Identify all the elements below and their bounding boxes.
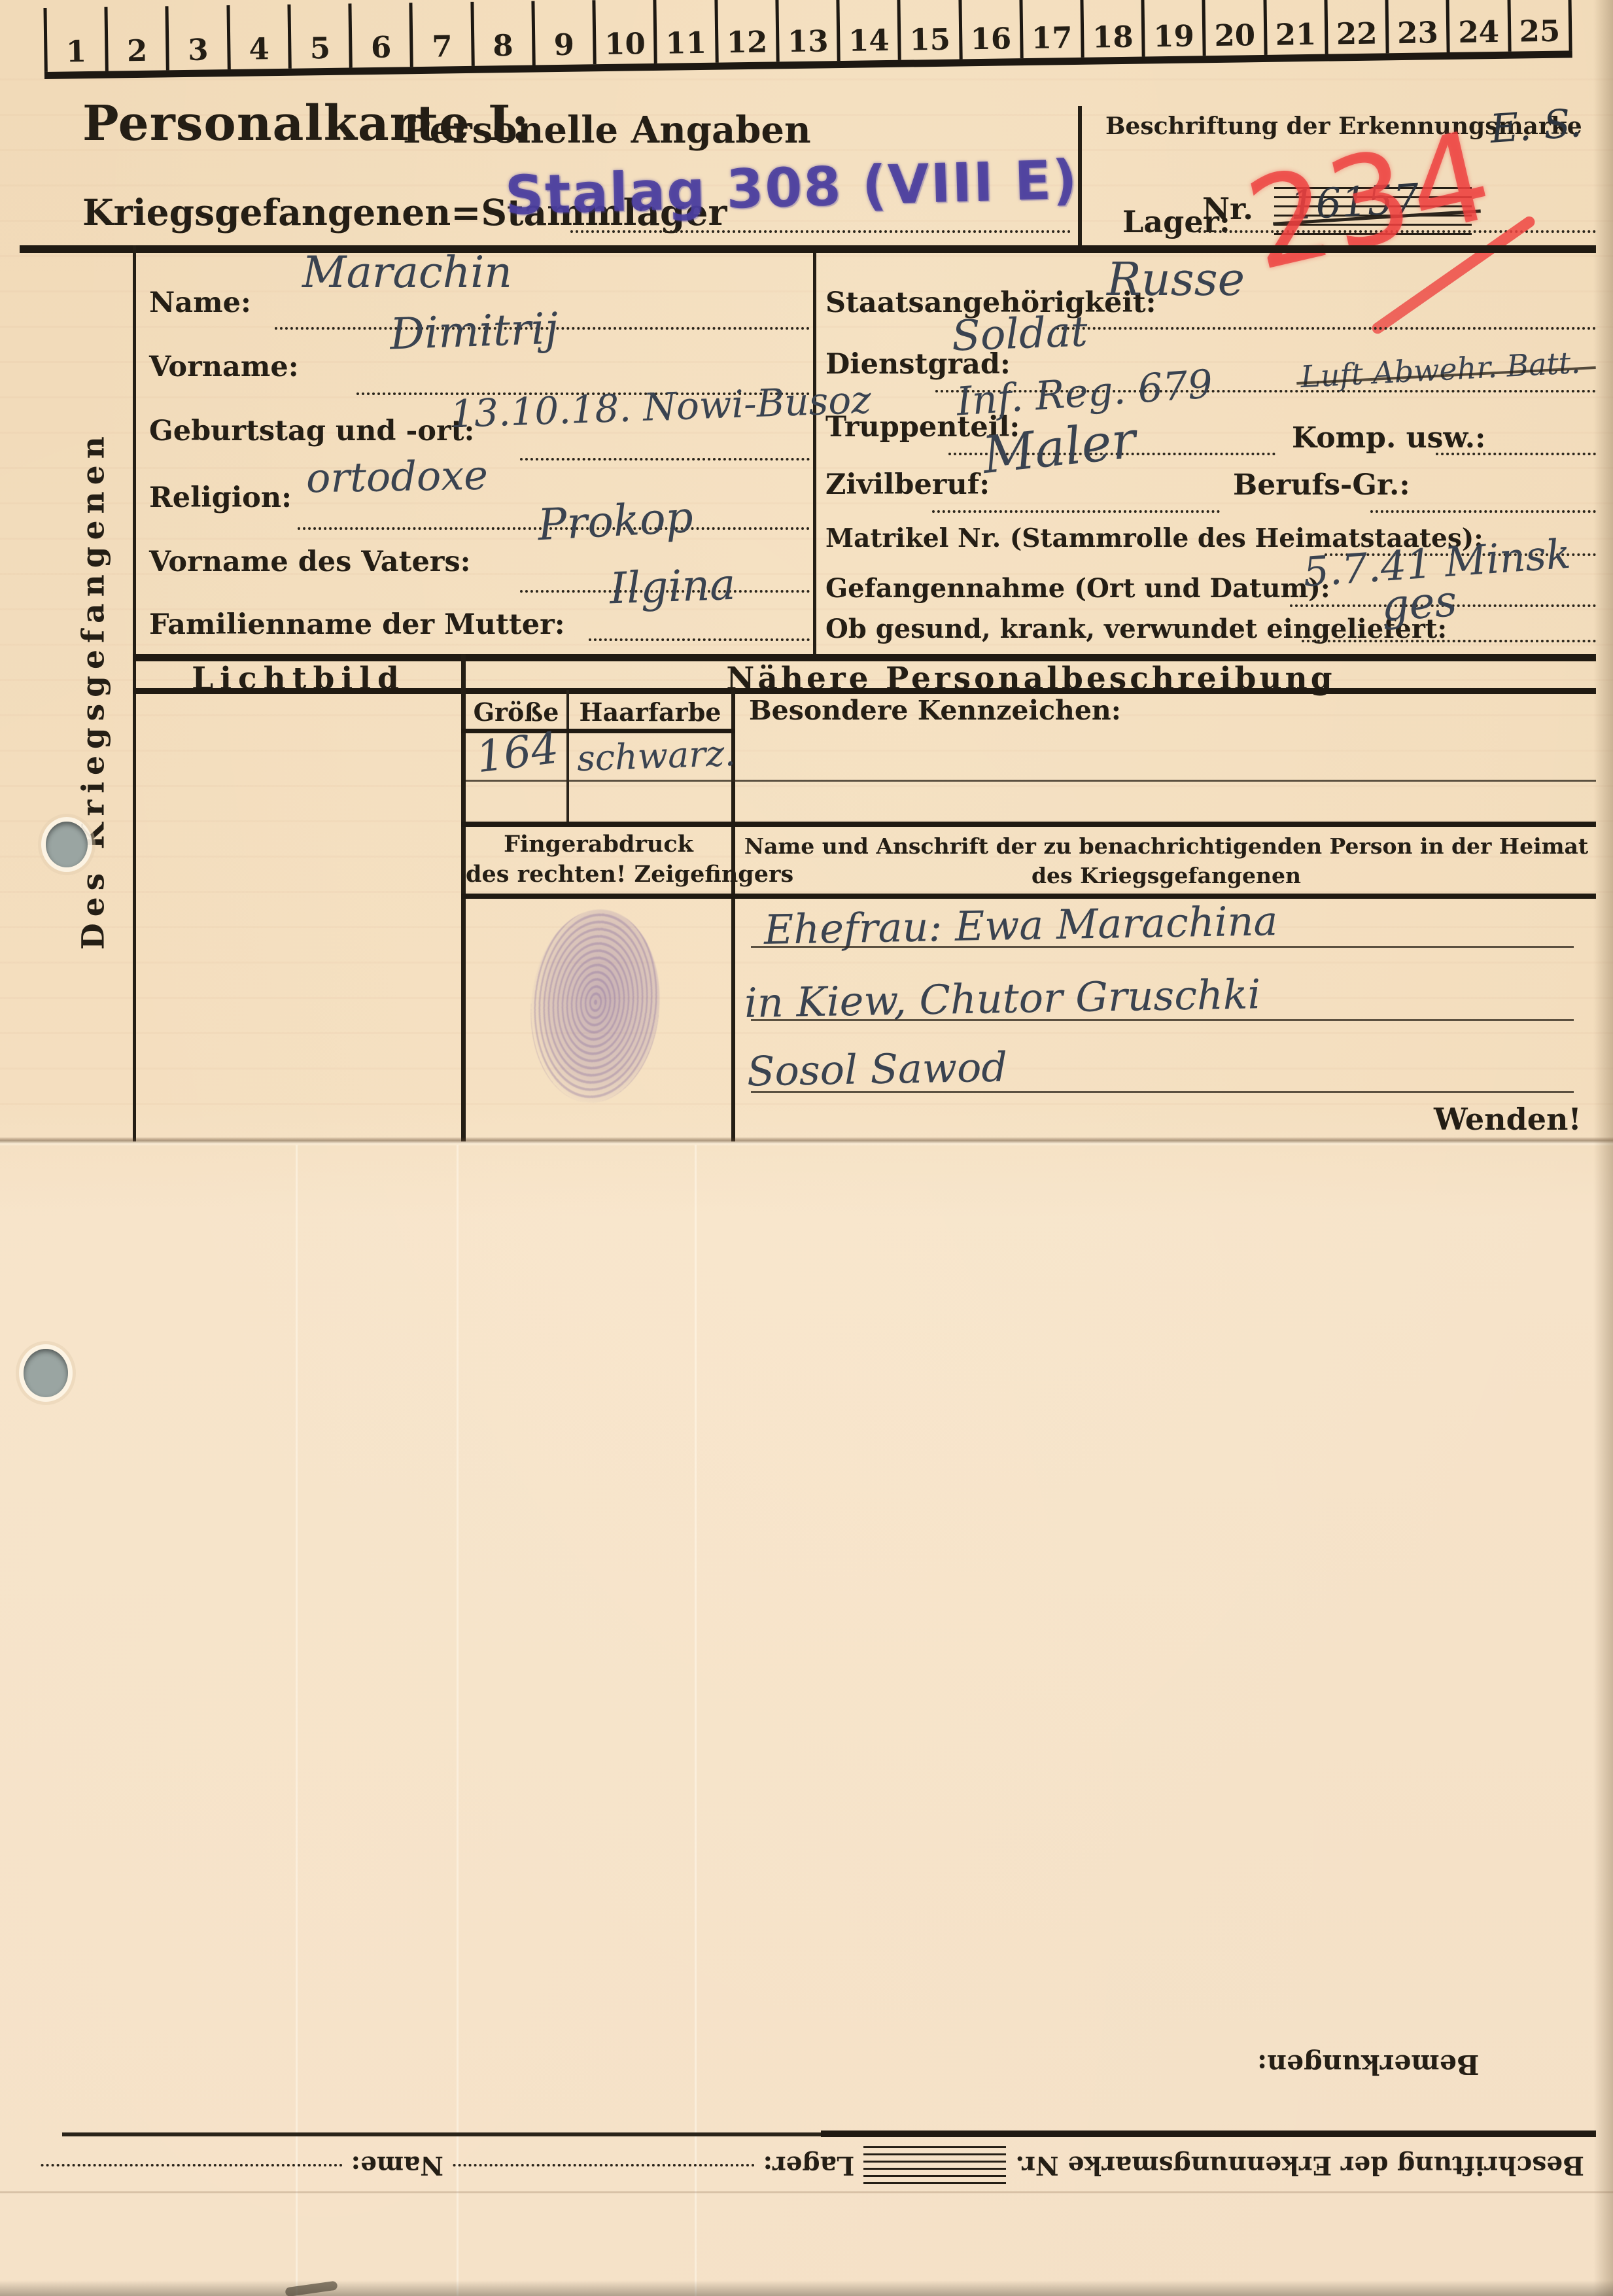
ruler-cell: 2 [105,6,167,71]
paper-crease [457,1145,459,2296]
paper-crease [0,2191,1613,2193]
scan-edge-shadow [1593,0,1613,2296]
fold-crease [0,1137,1613,1146]
dotted-line [589,638,810,641]
camp-dotted-line [570,230,1071,233]
ruler-cell: 9 [531,0,593,65]
field-value-religion: ortodoxe [305,451,488,502]
remarks-label-upside-down: Bemerkungen: [1257,2049,1480,2080]
footer-row-upside-down: Beschriftung der Erkennungsmarke Nr. Lag… [41,2140,1584,2190]
hair-value: schwarz. [576,733,737,779]
contact-header-line1: Name und Anschrift der zu benachrichtige… [744,833,1588,859]
writing-line [466,780,1596,782]
heavy-rule [133,688,1596,694]
tag-caption-handwriting: E. S. [1489,100,1584,152]
field-label-zivilberuf: Zivilberuf: [825,468,990,501]
footer-lager-label: Lager: [763,2150,855,2180]
ruler-cell: 16 [958,0,1020,59]
field-label-mutter: Familienname der Mutter: [149,608,565,641]
ruler-cell: 21 [1263,0,1325,55]
contact-handwriting-line3: Sosol Sawod [746,1043,1007,1096]
writing-line [751,1019,1574,1021]
heavy-rule [461,894,1596,899]
ruler: 1234567891011121314151617181920212223242… [43,0,1572,79]
dotted-line [1370,510,1596,513]
footer-caption: Beschriftung der Erkennungsmarke [1068,2150,1584,2180]
ruler-cell: 11 [653,0,716,63]
tag-box-border [1078,106,1082,247]
ruler-cell: 5 [287,4,349,69]
dotted-line [1302,640,1596,642]
dotted-line [1436,453,1596,455]
field-value-staatsangehoerigkeit: Russe [1107,252,1245,306]
punch-hole [24,1349,68,1397]
field-label-berufsgr: Berufs-Gr.: [1233,468,1410,502]
ruler-cell: 17 [1019,0,1081,58]
field-value-dienstgrad: Soldat [951,307,1088,360]
footer-name-label: Name: [351,2150,443,2180]
field-value-mutter: Ilgina [609,559,737,614]
field-value-name: Marachin [302,247,512,298]
ruler-cell: 20 [1202,0,1264,56]
footer-heavy-rule [821,2131,1596,2137]
field-label-vater: Vorname des Vaters: [149,546,471,578]
footer-ruled-lines [863,2146,1006,2184]
dotted-line [41,2164,342,2166]
card-subtitle: Personelle Angaben [403,109,811,152]
field-label-geburtstag: Geburtstag und -ort: [149,415,474,447]
ruler-cell: 3 [165,5,228,70]
field-label-name: Name: [149,287,251,319]
field-value-zustand: ges [1379,576,1458,631]
field-label-gefangennahme: Gefangennahme (Ort und Datum): [825,573,1330,604]
tag-lager-label: Lager: [1122,204,1230,239]
ruler-cell: 14 [836,0,898,61]
contact-handwriting-line2: in Kiew, Chutor Gruschki [744,970,1260,1027]
ruler-cell: 12 [714,0,776,63]
field-label-komp: Komp. usw.: [1292,421,1485,455]
ruler-cell: 15 [897,0,960,60]
hair-column-header: Haarfarbe [569,697,731,727]
ruler-cell: 23 [1385,0,1447,53]
dotted-line [932,510,1220,513]
ruler-cell: 25 [1507,0,1572,52]
column-divider [813,253,816,654]
dotted-line [453,2164,754,2166]
scan-edge-shadow [0,2280,1613,2296]
ruler-cell: 18 [1080,0,1142,58]
footer-nr-label: Nr. [1015,2150,1058,2180]
ruler-cell: 22 [1324,0,1386,54]
punch-hole [46,822,88,867]
fingerprint-box-header: Fingerabdruck des rechten! Zeigefingers [466,829,731,890]
contact-box-header: Name und Anschrift der zu benachrichtige… [739,832,1593,890]
contact-header-line2: des Kriegsgefangenen [1032,863,1301,888]
dotted-line [1056,327,1596,330]
ruler-cell: 10 [593,0,655,64]
fingerprint-label-line1: Fingerabdruck [504,831,693,858]
ruler-cell: 19 [1141,0,1204,57]
paper-crease [695,1145,697,2296]
ruler-cell: 4 [226,5,288,69]
field-label-vorname: Vorname: [149,351,299,383]
dotted-line [520,458,810,461]
writing-line [751,1091,1574,1093]
ruler-cell: 1 [43,7,105,72]
ruler-cell: 8 [470,1,532,66]
ruler-cell: 24 [1446,0,1508,52]
ruler-cell: 6 [349,3,411,67]
writing-line [751,946,1574,948]
heavy-rule [461,822,1596,827]
field-value-vater: Prokop [536,492,694,550]
height-value: 164 [474,723,561,783]
turn-over-note: Wenden! [1434,1102,1582,1137]
paper-crease [296,1145,298,2296]
ruler-cell: 13 [775,0,837,61]
marks-label: Besondere Kennzeichen: [749,695,1121,726]
field-value-vorname: Dimitrij [389,304,559,360]
ruler-cell: 7 [409,2,472,67]
heavy-rule-top [20,245,1596,253]
contact-handwriting-line1: Ehefrau: Ewa Marachina [763,897,1278,954]
field-label-religion: Religion: [149,481,292,514]
pow-personal-card-scan: 1234567891011121314151617181920212223242… [0,0,1613,2296]
